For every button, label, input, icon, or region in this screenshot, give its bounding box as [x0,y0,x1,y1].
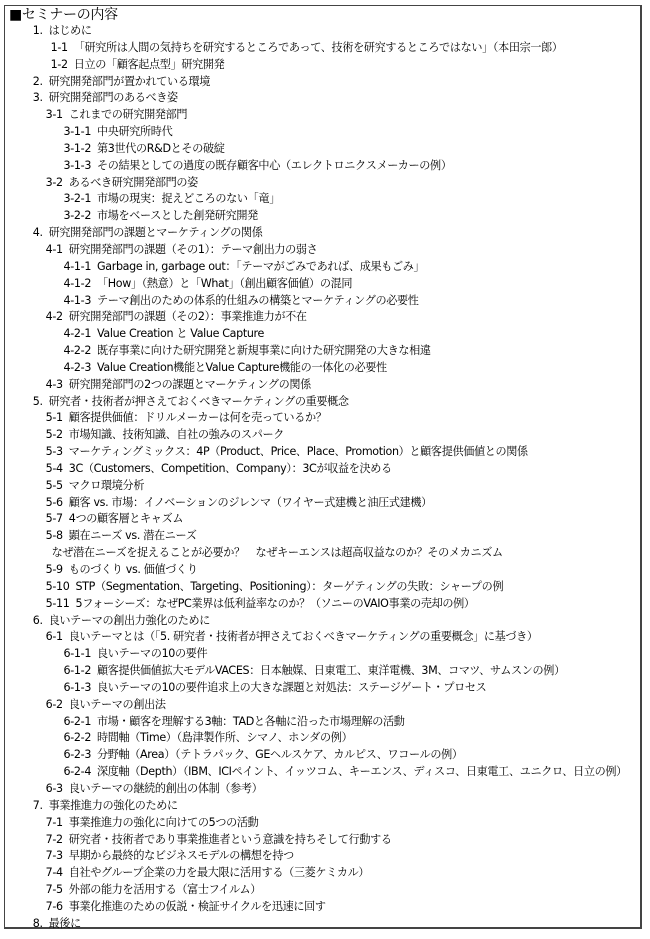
outline-item: 7-6事業化推進のための仮説・検証サイクルを迅速に回す [0,899,636,916]
outline-item-text: 事業推進力の強化に向けての5つの活動 [69,816,259,829]
outline-item-text: 深度軸（Depth）（IBM、ICIペイント、イッツコム、キーエンス、ディスコ、… [97,765,627,778]
outline-item-text: 顧客提供価値拡大モデルVACES：日本触媒、日東電工、東洋電機、3M、コマツ、サ… [97,664,565,677]
outline-item: 7-3早期から最終的なビジネスモデルの構想を持つ [0,848,636,865]
outline-item-text: Value Creation機能とValue Capture機能の一体化の必要性 [97,361,387,374]
outline-item-number: 3-1-3 [64,159,91,172]
outline-item: 3-2-2市場をベースとした創発研究開発 [0,208,636,225]
outline-item-text: 最後に [49,917,81,930]
outline-item-number: 8. [33,917,43,930]
outline-item: 5-43C（Customers、Competition、Company）：3Cが… [0,461,636,478]
outline-item-text: 良いテーマの10の要件追求上の大きな課題と対処法：ステージゲート・プロセス [97,681,486,694]
outline-item-number: 3. [33,91,43,104]
outline-item-text: 研究開発部門の2つの課題とマーケティングの関係 [69,378,311,391]
outline-item: 7-1事業推進力の強化に向けての5つの活動 [0,815,636,832]
outline-item-number: 1-1 [51,41,68,54]
outline-item: 3.研究開発部門のあるべき姿 [0,90,636,107]
outline-item-text: 事業推進力の強化のために [49,799,178,812]
outline-item-number: 7-5 [46,883,63,896]
outline-item-number: 6-2-3 [64,748,91,761]
outline-item: 3-1-2第3世代のR&Dとその破綻 [0,141,636,158]
outline-item-text: Garbage in, garbage out：「テーマがごみであれば、成果もご… [97,260,424,273]
outline-item-text: 4つの顧客層とキャズム [69,512,183,525]
outline-item-number: 6-1 [46,630,63,643]
outline-item: 3-2-1市場の現実：捉えどころのない「竜」 [0,191,636,208]
outline-item: 6-1-3良いテーマの10の要件追求上の大きな課題と対処法：ステージゲート・プロ… [0,680,636,697]
outline-item-number: 5-6 [46,496,63,509]
outline-item-number: 4-2-3 [64,361,91,374]
outline-item: 7-5外部の能力を活用する（富士フイルム） [0,882,636,899]
outline-item: 5-8顕在ニーズ vs. 潜在ニーズ [0,528,636,545]
outline-item: 4-1-1Garbage in, garbage out：「テーマがごみであれば… [0,259,636,276]
outline-item-text: 時間軸（Time）（島津製作所、シマノ、ホンダの例） [97,731,352,744]
outline-item-number: 5-1 [46,411,63,424]
outline-item-text: 「How」（熱意）と「What」（創出顧客価値）の混同 [97,277,352,290]
outline-item-text: 5フォーシーズ：なぜPC業界は低利益率なのか？（ソニーのVAIO事業の売却の例） [75,597,474,610]
outline-item: 4-1研究開発部門の課題（その1）：テーマ創出力の弱さ [0,242,636,259]
outline-item-text: テーマ創出のための体系的仕組みの構築とマーケティングの必要性 [97,294,419,307]
outline-item-text: 自社やグループ企業の力を最大限に活用する（三菱ケミカル） [69,866,369,879]
outline-item-number: 4-1-3 [64,294,91,307]
outline-item-text: 市場知識、技術知識、自社の強みのスパーク [69,428,284,441]
outline-item: 5-10STP（Segmentation、Targeting、Positioni… [0,579,636,596]
outline-item-number: 4-1-1 [64,260,91,273]
outline-item-number: 3-1-1 [64,125,91,138]
outline-item: 5-9ものづくり vs. 価値づくり [0,562,636,579]
outline-item-number: 3-1 [46,108,63,121]
outline-item-number: 3-1-2 [64,142,91,155]
outline-item-number: 7-1 [46,816,63,829]
outline-item-number: 5-10 [46,580,70,593]
outline-item-number: 4-3 [46,378,63,391]
outline-item-number: 7. [33,799,43,812]
outline-item: 7.事業推進力の強化のために [0,798,636,815]
outline-item: 6-2-2時間軸（Time）（島津製作所、シマノ、ホンダの例） [0,730,636,747]
outline-item: 5-2市場知識、技術知識、自社の強みのスパーク [0,427,636,444]
outline-item-number: 7-6 [46,900,63,913]
outline-item: 5-3マーケティングミックス：4P（Product、Price、Place、Pr… [0,444,636,461]
outline-item-number: 7-3 [46,849,63,862]
outline-item-number: 6-2-4 [64,765,91,778]
outline-item-text: 日立の「顧客起点型」研究開発 [74,58,225,71]
outline-item-text: 研究開発部門のあるべき姿 [49,91,178,104]
outline-item-number: 4-1 [46,243,63,256]
outline-item-number: 6. [33,614,43,627]
outline-item-text: 「研究所は人間の気持ちを研究するところであって、技術を研究するところではない」（… [74,41,563,54]
outline-item: 6-2-1市場・顧客を理解する3軸：TADと各軸に沿った市場理解の活動 [0,714,636,731]
outline-item-number: 4-2-2 [64,344,91,357]
outline-item-text: 良いテーマとは（「5. 研究者・技術者が押さえておくべきマーケティングの重要概念… [69,630,538,643]
outline-item-text: 良いテーマの継続的創出の体制（参考） [69,782,263,795]
outline-item: 4-2-1Value Creation と Value Capture [0,326,636,343]
outline-item: なぜ潜在ニーズを捉えることが必要か？ なぜキーエンスは超高収益なのか？そのメカニ… [0,545,636,562]
outline-item-text: ものづくり vs. 価値づくり [69,563,198,576]
outline-item-text: 顕在ニーズ vs. 潜在ニーズ [69,529,197,542]
outline-item-text: 研究開発部門の課題（その1）：テーマ創出力の弱さ [69,243,318,256]
outline-item: 3-1-1中央研究所時代 [0,124,636,141]
outline-item-text: 良いテーマの創出力強化のために [49,614,210,627]
outline-item: 5-6顧客 vs. 市場：イノベーションのジレンマ（ワイヤー式建機と油圧式建機） [0,495,636,512]
outline-item: 5-1顧客提供価値：ドリルメーカーは何を売っているか？ [0,410,636,427]
outline-item: 5-115フォーシーズ：なぜPC業界は低利益率なのか？（ソニーのVAIO事業の売… [0,596,636,613]
outline-item-text: 事業化推進のための仮説・検証サイクルを迅速に回す [69,900,326,913]
outline-item: 6-3良いテーマの継続的創出の体制（参考） [0,781,636,798]
outline-item-number: 4. [33,226,43,239]
outline-item-number: 5-3 [46,445,63,458]
outline-item-text: 市場・顧客を理解する3軸：TADと各軸に沿った市場理解の活動 [97,715,405,728]
outline-list: 1.はじめに1-1「研究所は人間の気持ちを研究するところであって、技術を研究する… [0,23,640,933]
outline-item-number: 3-2-2 [64,209,91,222]
outline-item-text: 3C（Customers、Competition、Company）：3Cが収益を… [69,462,392,475]
outline-item-text: 市場をベースとした創発研究開発 [97,209,258,222]
outline-item: 3-1-3その結果としての過度の既存顧客中心（エレクトロニクスメーカーの例） [0,158,636,175]
outline-item-text: 研究開発部門が置かれている環境 [49,75,210,88]
outline-item-text: 研究者・技術者であり事業推進者という意識を持ちそして行動する [69,833,392,846]
outline-item: 1-2日立の「顧客起点型」研究開発 [0,57,636,74]
outline-item-text: 早期から最終的なビジネスモデルの構想を持つ [69,849,294,862]
outline-item-number: 7-4 [46,866,63,879]
outline-item-text: 研究開発部門の課題（その2）：事業推進力が不在 [69,310,307,323]
outline-item-text: マクロ環境分析 [69,479,144,492]
outline-item-number: 5-9 [46,563,63,576]
outline-item-number: 4-1-2 [64,277,91,290]
outline-item-text: 分野軸（Area）（テトラパック、GEヘルスケア、カルピス、ワコールの例） [97,748,463,761]
outline-item-number: 1. [33,24,43,37]
outline-item: 6.良いテーマの創出力強化のために [0,613,636,630]
outline-item-number: 5-4 [46,462,63,475]
outline-item-text: なぜ潜在ニーズを捉えることが必要か？ なぜキーエンスは超高収益なのか？そのメカニ… [52,546,503,559]
outline-item-number: 5-8 [46,529,63,542]
outline-item-number: 3-2 [46,176,63,189]
outline-item-text: 顧客 vs. 市場：イノベーションのジレンマ（ワイヤー式建機と油圧式建機） [69,496,432,509]
outline-item: 3-2あるべき研究開発部門の姿 [0,175,636,192]
outline-item-text: マーケティングミックス：4P（Product、Price、Place、Promo… [69,445,528,458]
outline-item-text: Value Creation と Value Capture [97,327,264,340]
outline-item-number: 5. [33,395,43,408]
outline-item-text: あるべき研究開発部門の姿 [69,176,198,189]
outline-item-text: STP（Segmentation、Targeting、Positioning）：… [75,580,503,593]
outline-item: 4-1-3テーマ創出のための体系的仕組みの構築とマーケティングの必要性 [0,293,636,310]
outline-item-text: 研究開発部門の課題とマーケティングの関係 [49,226,263,239]
outline-item-number: 2. [33,75,43,88]
outline-item: 7-2研究者・技術者であり事業推進者という意識を持ちそして行動する [0,832,636,849]
outline-item: 4-2研究開発部門の課題（その2）：事業推進力が不在 [0,309,636,326]
outline-item: 4-2-2既存事業に向けた研究開発と新規事業に向けた研究開発の大きな相違 [0,343,636,360]
outline-item: 5-74つの顧客層とキャズム [0,511,636,528]
outline-item-number: 6-1-2 [64,664,91,677]
outline-item-text: その結果としての過度の既存顧客中心（エレクトロニクスメーカーの例） [97,159,452,172]
outline-item: 5-5マクロ環境分析 [0,478,636,495]
outline-item: 4.研究開発部門の課題とマーケティングの関係 [0,225,636,242]
outline-item-text: 良いテーマの創出法 [69,698,166,711]
outline-item-text: 外部の能力を活用する（富士フイルム） [69,883,261,896]
outline-item: 5.研究者・技術者が押さえておくべきマーケティングの重要概念 [0,394,636,411]
outline-item-text: 顧客提供価値：ドリルメーカーは何を売っているか？ [69,411,327,424]
outline-item: 6-2-3分野軸（Area）（テトラパック、GEヘルスケア、カルピス、ワコールの… [0,747,636,764]
outline-item-number: 5-7 [46,512,63,525]
outline-item: 1.はじめに [0,23,636,40]
outline-item-text: 第3世代のR&Dとその破綻 [97,142,224,155]
outline-item: 8.最後に [0,916,636,933]
page-title: ■セミナーの内容 [9,6,118,24]
outline-item-number: 6-2 [46,698,63,711]
outline-item-number: 5-11 [46,597,70,610]
outline-item-text: はじめに [49,24,92,37]
outline-item: 3-1これまでの研究開発部門 [0,107,636,124]
outline-item-text: 研究者・技術者が押さえておくべきマーケティングの重要概念 [49,395,349,408]
outline-item-number: 5-2 [46,428,63,441]
outline-item-text: 既存事業に向けた研究開発と新規事業に向けた研究開発の大きな相違 [97,344,431,357]
outline-item: 6-2良いテーマの創出法 [0,697,636,714]
outline-item-number: 6-2-2 [64,731,91,744]
outline-item-text: これまでの研究開発部門 [69,108,187,121]
outline-item: 4-3研究開発部門の2つの課題とマーケティングの関係 [0,377,636,394]
outline-item: 6-2-4深度軸（Depth）（IBM、ICIペイント、イッツコム、キーエンス、… [0,764,636,781]
outline-item: 7-4自社やグループ企業の力を最大限に活用する（三菱ケミカル） [0,865,636,882]
outline-item: 6-1-1良いテーマの10の要件 [0,646,636,663]
outline-item-number: 4-2 [46,310,63,323]
outline-item-number: 6-1-3 [64,681,91,694]
outline-item-text: 中央研究所時代 [97,125,172,138]
outline-item: 4-2-3Value Creation機能とValue Capture機能の一体… [0,360,636,377]
outline-item: 2.研究開発部門が置かれている環境 [0,74,636,91]
outline-item: 6-1-2顧客提供価値拡大モデルVACES：日本触媒、日東電工、東洋電機、3M、… [0,663,636,680]
outline-item-number: 7-2 [46,833,63,846]
outline-item-number: 3-2-1 [64,192,91,205]
outline-item-number: 1-2 [51,58,68,71]
outline-item-number: 6-1-1 [64,647,91,660]
outline-item-number: 6-3 [46,782,63,795]
outline-item: 4-1-2「How」（熱意）と「What」（創出顧客価値）の混同 [0,276,636,293]
outline-item-number: 4-2-1 [64,327,91,340]
outline-item-text: 市場の現実：捉えどころのない「竜」 [97,192,280,205]
outline-item: 6-1良いテーマとは（「5. 研究者・技術者が押さえておくべきマーケティングの重… [0,629,636,646]
outline-item: 1-1「研究所は人間の気持ちを研究するところであって、技術を研究するところではな… [0,40,636,57]
outline-item-number: 5-5 [46,479,63,492]
outline-item-text: 良いテーマの10の要件 [97,647,207,660]
outline-item-number: 6-2-1 [64,715,91,728]
